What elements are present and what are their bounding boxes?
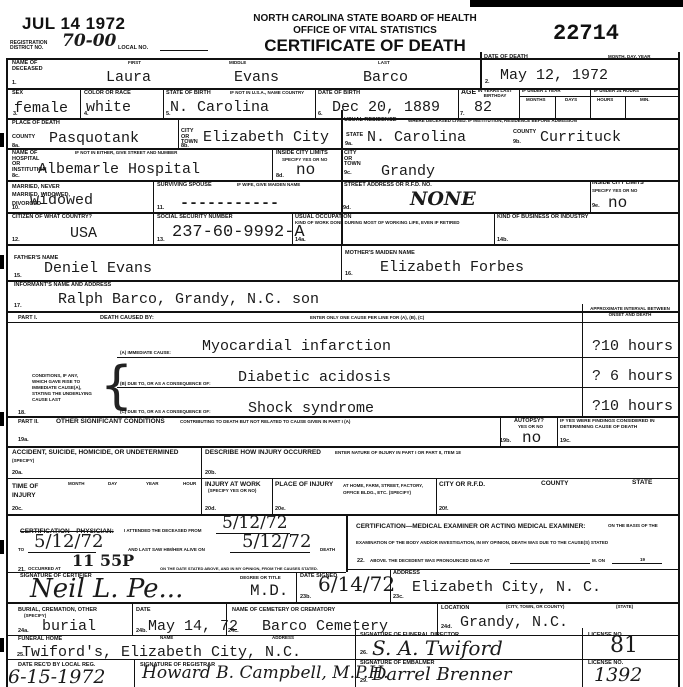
mother-value: Elizabeth Forbes: [380, 260, 524, 275]
col-divider: [153, 180, 154, 212]
col-divider: [272, 478, 273, 514]
cemetery-label: NAME OF CEMETERY OR CREMATORY: [232, 608, 335, 614]
col-divider: [272, 148, 273, 180]
item-number: 15.: [14, 273, 22, 279]
registration-district-label: REGISTRATION DISTRICT NO.: [10, 41, 44, 51]
row-divider: [6, 244, 678, 246]
col-divider: [226, 602, 227, 635]
item-number: 12.: [12, 237, 20, 243]
embalmer-signature: Darrel Brenner: [372, 666, 511, 684]
col-divider: [201, 446, 202, 514]
row-divider: [6, 602, 678, 604]
location-label: LOCATION: [441, 606, 469, 612]
age-sublabel: IN YEARS LAST BIRTHDAY: [475, 89, 515, 98]
margin-tab: [0, 638, 4, 652]
agency-line-1: NORTH CAROLINA STATE BOARD OF HEALTH: [215, 13, 515, 24]
last-saw-value: 5/12/72: [242, 533, 311, 551]
item-number: 14b.: [497, 237, 508, 243]
col-divider: [178, 118, 179, 148]
row-divider: [6, 514, 678, 516]
residence-city-value: Grandy: [381, 164, 435, 179]
business-label: KIND OF BUSINESS OR INDUSTRY: [497, 215, 588, 221]
date-received-value: 6-15-1972: [8, 668, 105, 687]
cause-line-c-prefix: (c) DUE TO, OR AS A CONSEQUENCE OF:: [120, 410, 211, 415]
residence-city-label: CITY OR TOWN: [344, 151, 366, 168]
hospital-sublabel: IF NOT IN EITHER, GIVE STREET AND NUMBER: [75, 151, 177, 156]
margin-tab: [0, 540, 4, 554]
cause-line-c-interval: ?10 hours: [592, 399, 673, 414]
col-divider: [296, 572, 297, 602]
ssn-value: 237-60-9992-A: [172, 224, 305, 241]
certifier-address-value: Elizabeth City, N. C.: [412, 580, 601, 595]
pronounced-line: [510, 563, 590, 564]
residence-inside-limits-value: no: [608, 195, 627, 211]
death-label: DEATH: [320, 548, 335, 553]
location-value: Grandy, N.C.: [460, 615, 568, 630]
part-2-title: OTHER SIGNIFICANT CONDITIONS: [56, 419, 165, 426]
attended-from-label: I ATTENDED THE DECEASED FROM: [124, 529, 202, 534]
row-divider: [6, 311, 678, 313]
place-of-death-label: PLACE OF DEATH: [12, 121, 60, 127]
occupation-sublabel: KIND OF WORK DONE DURING MOST OF WORKING…: [295, 221, 475, 226]
age-label: AGE: [461, 89, 476, 96]
location-state-label: (STATE): [616, 605, 633, 610]
item-number: 17.: [14, 303, 22, 309]
sex-label: SEX: [12, 91, 23, 97]
months-label: MONTHS: [526, 98, 546, 103]
accident-sublabel: (SPECIFY): [12, 459, 34, 464]
last-saw-label: AND LAST SAW HIM/HER ALIVE ON: [128, 548, 205, 553]
part-2-label: PART II.: [18, 420, 39, 426]
hours-label: HOURS: [597, 98, 613, 103]
age-value: 82: [474, 100, 492, 115]
col-divider: [437, 602, 438, 635]
registration-district-value: 70-00: [62, 33, 116, 50]
date-of-birth-label: DATE OF BIRTH: [318, 91, 360, 97]
item-number: 4.: [84, 111, 89, 117]
item-number: 20e.: [275, 506, 286, 512]
first-label: FIRST: [128, 61, 141, 66]
cause-line-a-value: Myocardial infarction: [202, 339, 391, 354]
item-number: 19a.: [18, 437, 29, 443]
date-of-birth-value: Dec 20, 1889: [332, 100, 440, 115]
occurred-at-label: OCCURRED AT: [28, 567, 61, 572]
surviving-spouse-label: SURVIVING SPOUSE: [157, 183, 212, 189]
registrar-signature: Howard B. Campbell, M.P.H.: [142, 665, 389, 682]
item-number: 29.: [360, 678, 368, 684]
cause-line-b-prefix: (b) DUE TO, OR AS A CONSEQUENCE OF:: [120, 382, 211, 387]
residence-inside-limits-sublabel: SPECIFY YES OR NO: [592, 189, 637, 194]
state-of-birth-sublabel: IF NOT IN U.S.A., NAME COUNTRY: [230, 91, 304, 96]
state-of-birth-value: N. Carolina: [170, 100, 269, 115]
item-number: 24d.: [441, 624, 452, 630]
col-divider: [80, 88, 81, 118]
certificate-title: CERTIFICATE OF DEATH: [215, 36, 515, 56]
injury-at-work-sublabel: (SPECIFY YES OR NO): [208, 489, 256, 494]
last-label: LAST: [378, 61, 390, 66]
street-address-value: NONE: [410, 190, 476, 209]
last-saw-line: [230, 552, 310, 553]
interval-header: APPROXIMATE INTERVAL BETWEEN ONSET AND D…: [590, 306, 670, 318]
hospital-value: Albemarle Hospital: [38, 162, 200, 177]
usual-residence-sublabel: WHERE DECEASED LIVED. IF INSTITUTION, RE…: [408, 119, 577, 124]
address-label: ADDRESS: [393, 571, 420, 577]
place-of-injury-sublabel: AT HOME, FARM, STREET, FACTORY, OFFICE B…: [343, 482, 433, 496]
surviving-spouse-sublabel: IF WIFE, GIVE MAIDEN NAME: [237, 183, 300, 188]
under-24-hours-label: IF UNDER 24 HOURS: [594, 89, 639, 94]
residence-state-label: STATE: [346, 133, 363, 139]
findings-label: IF YES WERE FINDINGS CONSIDERED IN DETER…: [560, 419, 678, 431]
residence-county-value: Currituck: [540, 130, 621, 145]
col-divider: [590, 88, 591, 118]
col-divider: [590, 180, 591, 212]
county-label: COUNTY: [12, 135, 35, 141]
local-no-label: LOCAL NO.: [118, 46, 148, 52]
date-of-death-sublabel: MONTH, DAY, YEAR: [608, 55, 651, 60]
row-divider: [6, 58, 678, 60]
examiner-text-1: ON THE BASIS OF THE: [608, 524, 658, 529]
cause-line-b-interval: ? 6 hours: [592, 369, 673, 384]
year-label: YEAR: [146, 482, 159, 487]
father-value: Deniel Evans: [44, 261, 152, 276]
form-right-border: [678, 52, 680, 687]
pronounced-date-line: [612, 563, 662, 564]
citizen-label: CITIZEN OF WHAT COUNTRY?: [12, 215, 92, 221]
marital-status-value: widowed: [30, 193, 93, 208]
certifier-signature: Neil L. Pe...: [30, 576, 183, 602]
death-county-value: Pasquotank: [49, 131, 139, 146]
month-label: MONTH: [68, 482, 85, 487]
degree-value: M.D.: [250, 583, 288, 599]
margin-tab: [0, 412, 4, 426]
place-of-injury-label: PLACE OF INJURY: [275, 482, 333, 489]
funeral-director-signature: S. A. Twiford: [372, 638, 503, 658]
citizen-value: USA: [70, 226, 97, 241]
date-of-death-label: DATE OF DEATH: [484, 55, 528, 61]
on-date-text: ON THE DATE STATED ABOVE, AND IN MY OPIN…: [160, 567, 318, 571]
usual-residence-label: USUAL RESIDENCE: [344, 118, 396, 124]
item-number: 26.: [360, 650, 368, 656]
attended-to-value: 5/12/72: [34, 533, 103, 551]
part-1-label: PART I.: [18, 316, 37, 322]
item-number: 24b.: [136, 628, 147, 634]
row-divider: [6, 635, 678, 636]
top-black-bar: [470, 0, 683, 7]
col-divider: [519, 88, 520, 118]
col-divider: [134, 659, 135, 687]
residence-state-value: N. Carolina: [367, 130, 466, 145]
item-number: 13.: [157, 237, 165, 243]
item-number: 24c.: [228, 628, 239, 634]
cause-instruction: ENTER ONLY ONE CAUSE PER LINE FOR (a), (…: [310, 316, 424, 321]
item-number: 9d.: [343, 205, 351, 211]
item-number: 8d.: [276, 173, 284, 179]
hour-label: HOUR: [183, 482, 196, 487]
attended-from-value: 5/12/72: [222, 515, 288, 532]
col-divider: [555, 96, 556, 118]
item-number: 9a.: [345, 141, 353, 147]
certification-examiner-label: CERTIFICATION—MEDICAL EXAMINER OR ACTING…: [356, 524, 585, 531]
item-number: 20d.: [205, 506, 216, 512]
residence-county-label: COUNTY: [513, 130, 536, 136]
cause-line-b-value: Diabetic acidosis: [238, 370, 391, 385]
margin-tab: [0, 255, 4, 269]
item-number: 22.: [357, 558, 365, 564]
day-label: DAY: [108, 482, 117, 487]
col-divider: [292, 212, 293, 244]
deceased-middle-name: Evans: [234, 70, 279, 85]
funeral-home-label: FUNERAL HOME: [18, 637, 62, 643]
middle-label: MIDDLE: [229, 61, 246, 66]
informant-label: INFORMANT'S NAME AND ADDRESS: [14, 283, 111, 289]
col-divider: [346, 514, 348, 572]
sex-value: female: [14, 101, 68, 116]
how-injury-label: DESCRIBE HOW INJURY OCCURRED: [205, 450, 321, 457]
col-divider: [153, 212, 154, 244]
item-number: 9e.: [592, 203, 600, 209]
item-number: 9c.: [344, 170, 352, 176]
deceased-name-label: NAME OF DECEASED: [12, 61, 42, 72]
occurred-time-value: 11 55P: [72, 553, 134, 569]
item-number: 6.: [318, 111, 323, 117]
to-label: TO: [18, 548, 24, 553]
item-number: 20f.: [439, 506, 448, 512]
item-number: 7.: [460, 111, 465, 117]
death-city-value: Elizabeth City: [203, 130, 329, 145]
item-number: 8c.: [12, 173, 20, 179]
cause-line-b-underline: [117, 387, 678, 388]
item-number: 19c.: [560, 438, 571, 444]
col-divider: [341, 244, 342, 280]
cause-line-c-value: Shock syndrome: [248, 401, 374, 416]
embalmer-license-value: 1392: [594, 666, 642, 685]
col-divider: [390, 569, 391, 602]
accident-label: ACCIDENT, SUICIDE, HOMICIDE, OR UNDETERM…: [12, 450, 178, 457]
col-divider: [132, 602, 133, 635]
m-on-label: M. ON: [592, 559, 605, 564]
row-divider: [6, 478, 678, 479]
form-left-border: [6, 58, 8, 687]
cause-header-line: [6, 322, 678, 323]
residence-inside-limits-label: INSIDE CITY LIMITS: [592, 181, 644, 187]
item-number: 1.: [12, 80, 17, 86]
item-number: 20c.: [12, 506, 23, 512]
col-divider: [494, 212, 495, 244]
degree-title-label: DEGREE OR TITLE: [240, 576, 281, 581]
funeral-address-label: ADDRESS: [272, 636, 294, 641]
days-label: DAYS: [565, 98, 577, 103]
row-divider: [6, 659, 678, 660]
part-2-sublabel: CONTRIBUTING TO DEATH BUT NOT RELATED TO…: [180, 420, 350, 425]
item-number: 20a.: [12, 470, 23, 476]
agency-line-2: OFFICE OF VITAL STATISTICS: [215, 25, 515, 36]
conditions-label: CONDITIONS, IF ANY, WHICH GAVE RISE TO I…: [32, 373, 92, 403]
time-of-injury-label: TIME OF INJURY: [12, 482, 44, 500]
item-number: 14a.: [295, 237, 306, 243]
row-divider: [6, 446, 678, 448]
mother-label: MOTHER'S MAIDEN NAME: [345, 251, 415, 257]
col-divider: [163, 88, 164, 118]
item-number: 3.: [13, 111, 18, 117]
state-of-birth-label: STATE OF BIRTH: [166, 91, 211, 97]
deceased-last-name: Barco: [363, 70, 408, 85]
cause-line-a-underline: [117, 357, 678, 358]
item-number: 9b.: [513, 139, 521, 145]
burial-value: burial: [42, 619, 96, 634]
item-number: 20b.: [205, 470, 216, 476]
informant-value: Ralph Barco, Grandy, N.C. son: [58, 292, 319, 307]
ssn-label: SOCIAL SECURITY NUMBER: [157, 215, 233, 221]
burial-date-label: DATE: [136, 608, 151, 614]
date-of-death-value: May 12, 1972: [500, 68, 608, 83]
examiner-text-3: ABOVE. THE DECEDENT WAS PRONOUNCED DEAD …: [370, 559, 490, 564]
race-value: white: [86, 100, 131, 115]
deceased-first-name: Laura: [106, 70, 151, 85]
local-no-line: [160, 50, 208, 51]
location-sublabel: (CITY, TOWN, OR COUNTY): [506, 605, 564, 610]
burial-date-value: May 14, 72: [148, 619, 238, 634]
funeral-home-value: Twiford's, Elizabeth City, N.C.: [22, 645, 301, 660]
col-divider: [315, 88, 316, 118]
col-divider: [557, 416, 558, 446]
date-signed-value: 6/14/72: [318, 574, 395, 594]
item-number: 10.: [12, 205, 20, 211]
margin-tab: [0, 133, 4, 147]
item-number: 11.: [157, 205, 164, 211]
item-number: 2.: [485, 79, 490, 85]
item-number: 23b.: [300, 594, 311, 600]
col-divider: [582, 628, 583, 687]
director-license-value: 81: [610, 635, 638, 657]
under-1-year-label: IF UNDER 1 YEAR: [522, 89, 561, 94]
interval-column-divider: [582, 304, 583, 416]
col-divider: [480, 52, 482, 88]
how-injury-sublabel: ENTER NATURE OF INJURY IN PART I OR PART…: [335, 451, 461, 456]
col-divider: [625, 96, 626, 118]
col-divider: [436, 478, 437, 514]
certificate-number: 22714: [553, 21, 619, 46]
col-divider: [458, 88, 459, 118]
death-inside-limits-value: no: [296, 162, 315, 178]
autopsy-value: no: [522, 430, 541, 446]
surviving-spouse-value: -----------: [180, 196, 279, 211]
inside-city-limits-label: INSIDE CITY LIMITS: [276, 151, 328, 157]
item-number: 19b.: [500, 438, 511, 444]
injury-city-label: CITY OR R.F.D.: [439, 482, 485, 489]
item-number: 23c.: [393, 594, 404, 600]
injury-state-label: STATE: [632, 480, 652, 487]
cause-line-a-prefix: (a) IMMEDIATE CAUSE:: [120, 351, 171, 356]
item-number: 24a.: [18, 628, 29, 634]
injury-county-label: COUNTY: [541, 481, 568, 488]
race-label: COLOR OR RACE: [84, 91, 131, 97]
cause-line-a-interval: ?10 hours: [592, 339, 673, 354]
examiner-text-2: EXAMINATION OF THE BODY AND/OR INVESTIGA…: [356, 541, 608, 546]
death-caused-by-label: DEATH CAUSED BY:: [100, 316, 154, 322]
funeral-name-label: NAME: [160, 636, 173, 641]
year-prefix: 19: [640, 558, 645, 563]
min-label: MIN.: [640, 98, 650, 103]
item-number: 16.: [345, 271, 353, 277]
